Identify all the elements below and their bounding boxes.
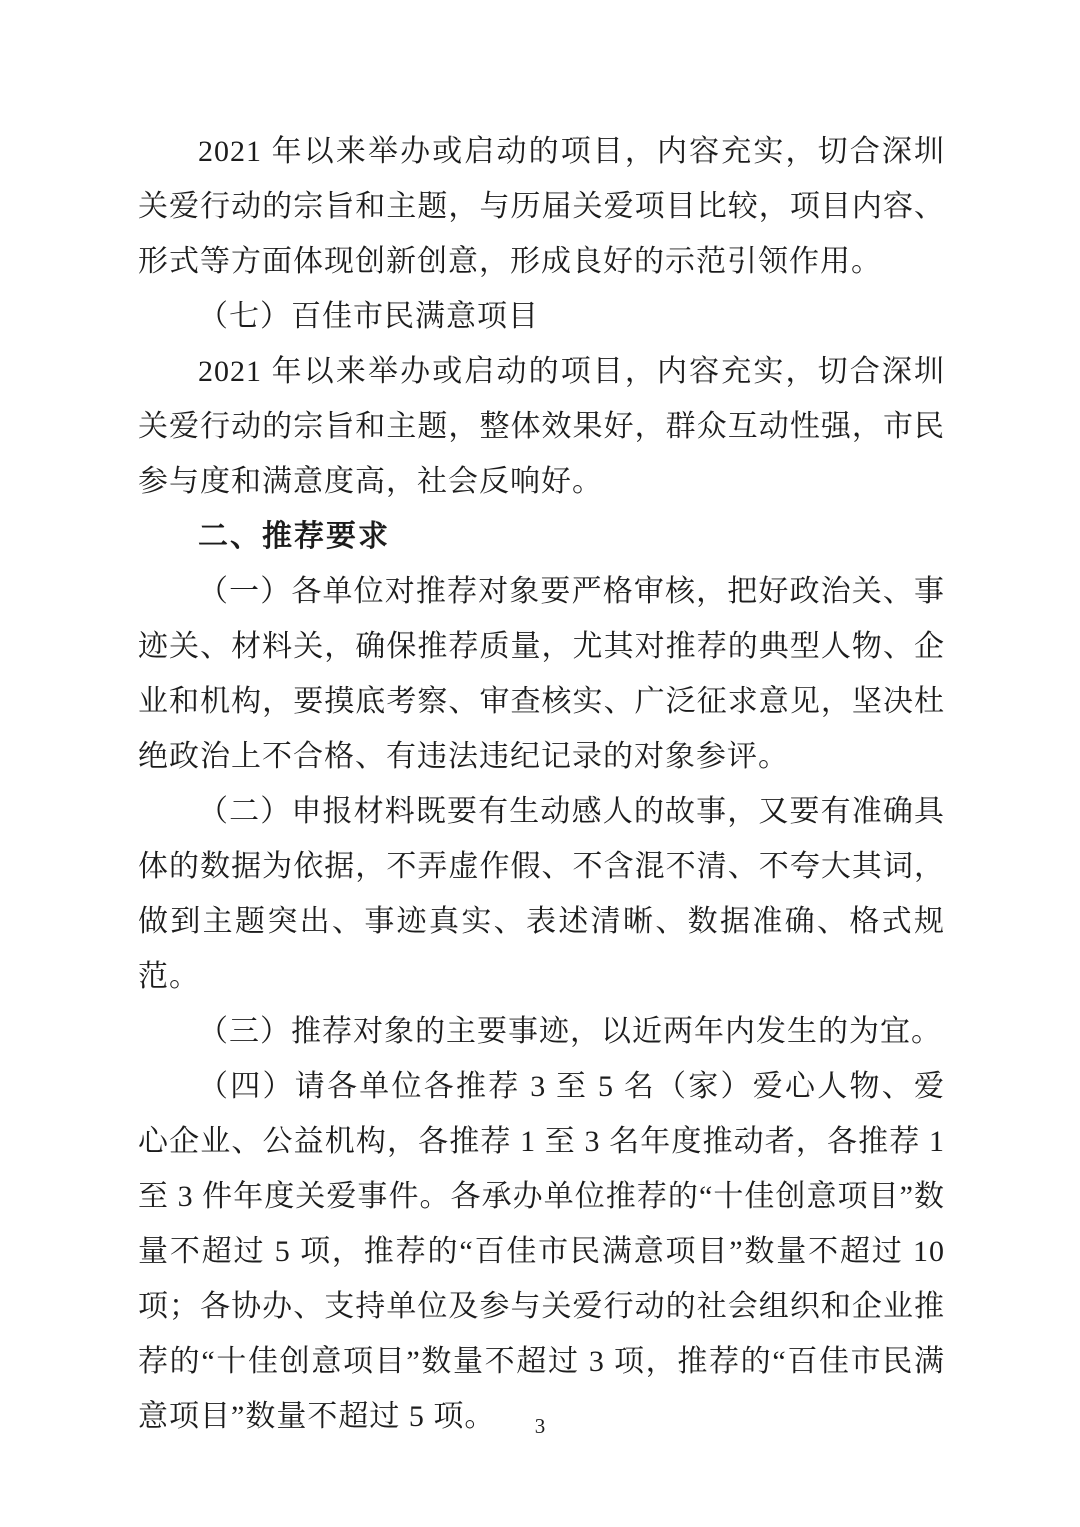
paragraph-requirement-4: （四）请各单位各推荐 3 至 5 名（家）爱心人物、爱心企业、公益机构，各推荐 … (138, 1059, 945, 1444)
paragraph-creative-project-criteria: 2021 年以来举办或启动的项目，内容充实，切合深圳关爱行动的宗旨和主题，与历届… (138, 124, 945, 289)
page-footer: 3 (0, 1412, 1080, 1440)
paragraph-requirement-2: （二）申报材料既要有生动感人的故事，又要有准确具体的数据为依据，不弄虚作假、不含… (138, 784, 945, 1004)
section-heading-recommendation-requirements: 二、推荐要求 (138, 509, 945, 564)
section-heading-item-7: （七）百佳市民满意项目 (138, 289, 945, 344)
document-page: 2021 年以来举办或启动的项目，内容充实，切合深圳关爱行动的宗旨和主题，与历届… (0, 0, 1080, 1527)
paragraph-satisfaction-project-criteria: 2021 年以来举办或启动的项目，内容充实，切合深圳关爱行动的宗旨和主题，整体效… (138, 344, 945, 509)
page-number: 3 (535, 1414, 546, 1438)
document-body: 2021 年以来举办或启动的项目，内容充实，切合深圳关爱行动的宗旨和主题，与历届… (138, 124, 945, 1444)
paragraph-requirement-1: （一）各单位对推荐对象要严格审核，把好政治关、事迹关、材料关，确保推荐质量，尤其… (138, 564, 945, 784)
paragraph-requirement-3: （三）推荐对象的主要事迹，以近两年内发生的为宜。 (138, 1004, 945, 1059)
